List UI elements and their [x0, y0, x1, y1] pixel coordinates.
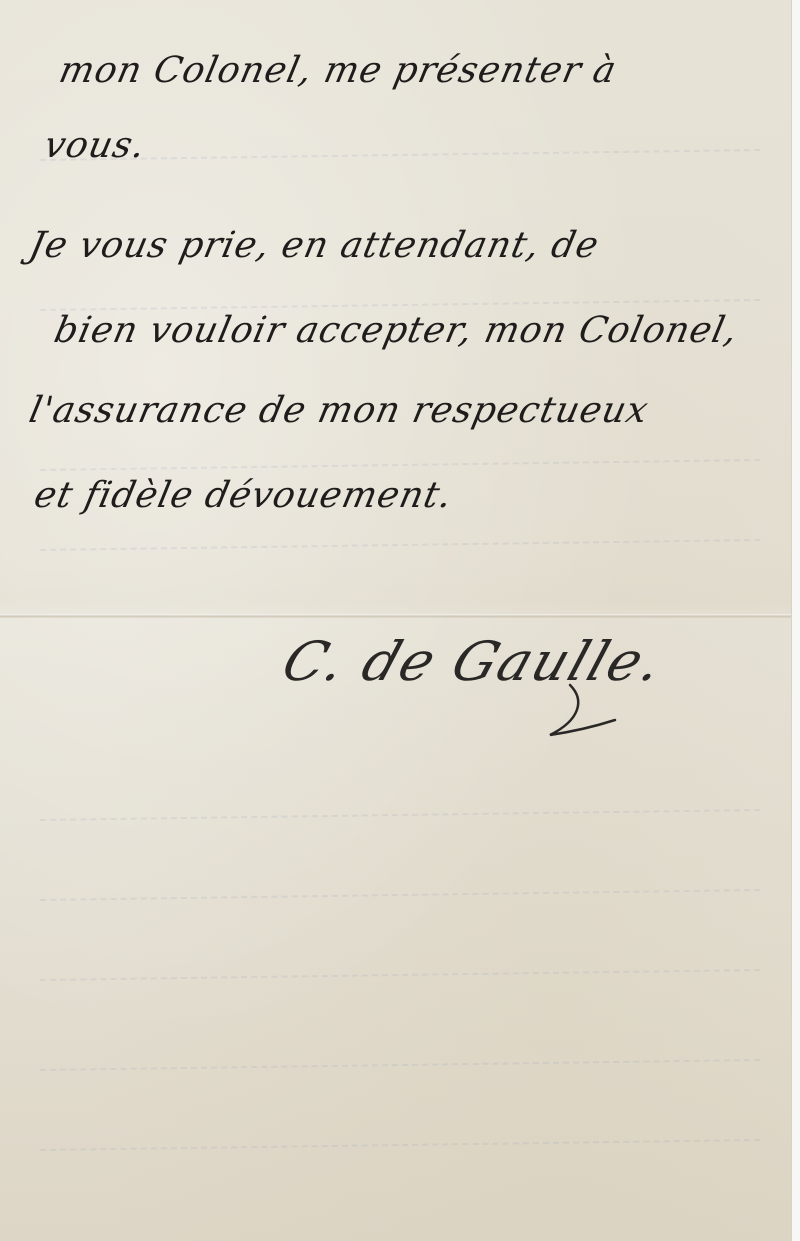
paper-fold: [0, 614, 792, 618]
letter-line-4: bien vouloir accepter, mon Colonel,: [51, 310, 742, 351]
signature-flourish: [530, 680, 620, 740]
bleed-through-line: [40, 285, 760, 311]
letter-line-6: et fidèle dévouement.: [31, 475, 457, 516]
bleed-through-line: [40, 795, 760, 821]
bleed-through-line: [40, 135, 760, 161]
bleed-through-line: [40, 1125, 760, 1151]
bleed-through-line: [40, 1045, 760, 1071]
letter-line-3: Je vous prie, en attendant, de: [26, 225, 603, 266]
bleed-through-line: [40, 955, 760, 981]
letter-line-1: mon Colonel, me présenter à: [56, 50, 621, 91]
bleed-through-line: [40, 875, 760, 901]
scan-border: [791, 0, 800, 1241]
letter-line-2: vous.: [41, 125, 150, 166]
letter-line-5: l'assurance de mon respectueux: [26, 390, 653, 431]
bleed-through-line: [40, 525, 760, 551]
bleed-through-line: [40, 445, 760, 471]
letter-page: mon Colonel, me présenter à vous. Je vou…: [0, 0, 800, 1241]
